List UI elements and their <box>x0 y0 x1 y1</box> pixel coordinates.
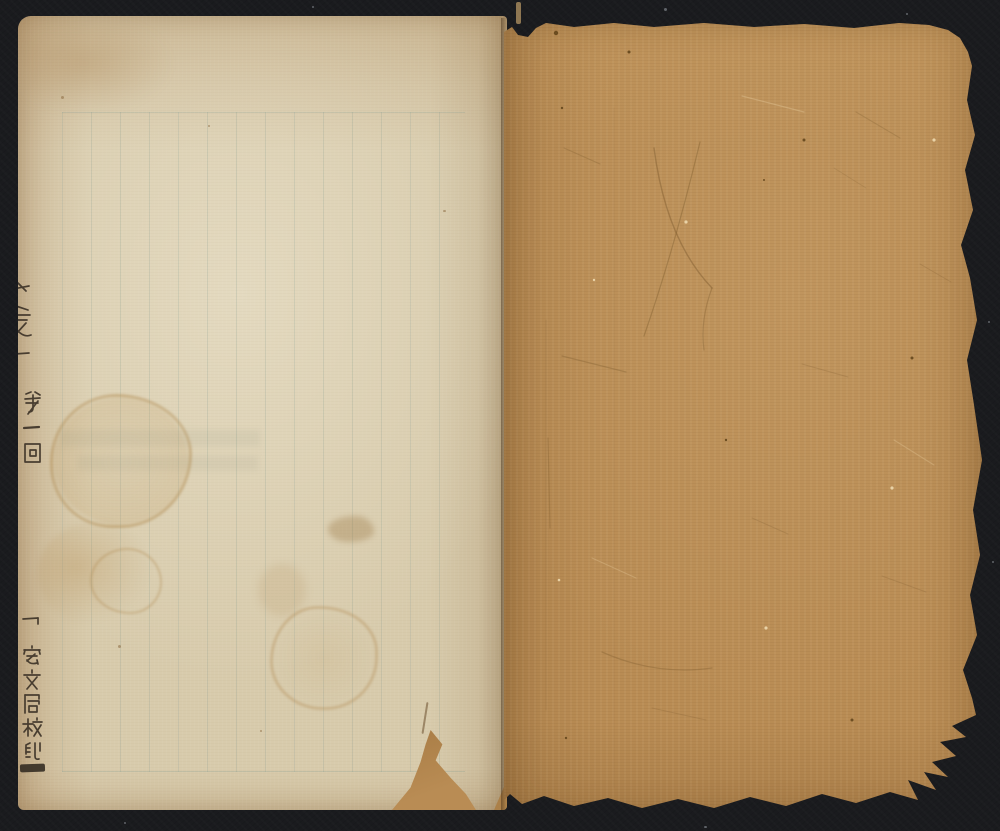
spine-char-wen-glyph <box>21 668 43 691</box>
spine-partial-glyph-3 <box>18 348 32 358</box>
cover-dark-specks <box>554 31 914 739</box>
paper-speck <box>443 210 446 212</box>
dust-speck <box>906 13 908 15</box>
book-scan-scene: 卷一 第一回 一 宏文局校印 <box>0 0 1000 831</box>
crease-lines <box>504 20 983 814</box>
spine-char-jiao-glyph <box>21 716 43 739</box>
spine-tick-text: 一 <box>0 0 1 1</box>
dust-speck <box>124 822 126 824</box>
paper-speck <box>208 125 210 127</box>
spine-partial-text: 卷一 <box>0 0 1 1</box>
small-water-stain-ring <box>270 606 378 710</box>
top-edge-stain <box>24 22 174 114</box>
spine-char-yin-glyph <box>21 740 43 763</box>
spine-partial-glyph-2 <box>18 302 35 342</box>
spine-char-ju-glyph <box>21 692 43 715</box>
spine-char-yi-glyph <box>21 420 41 434</box>
kraft-back-cover <box>504 20 983 814</box>
dust-speck <box>992 561 994 563</box>
spine-partial-glyph-1 <box>18 280 32 294</box>
spine-volume-text: 第一回 <box>0 0 1 1</box>
paper-speck <box>61 96 64 99</box>
dust-speck <box>664 8 667 11</box>
spine-char-hui-glyph <box>21 440 44 466</box>
dust-speck <box>312 6 314 8</box>
faint-stain <box>258 564 306 616</box>
spine-publisher-text: 宏文局校印 <box>0 0 1 1</box>
dust-speck <box>704 826 707 828</box>
dust-speck <box>988 321 990 323</box>
smudge-stain <box>328 516 374 542</box>
ink-smudge-bar <box>20 764 45 773</box>
spine-char-hong-glyph <box>21 644 43 667</box>
left-blank-page <box>18 16 507 810</box>
spine-char-di-glyph <box>21 390 44 417</box>
paper-speck <box>260 730 262 732</box>
paper-speck <box>118 645 121 648</box>
binding-thread <box>516 2 521 24</box>
spine-tick-glyph <box>20 612 42 630</box>
water-stain-inner-ring <box>90 548 162 614</box>
